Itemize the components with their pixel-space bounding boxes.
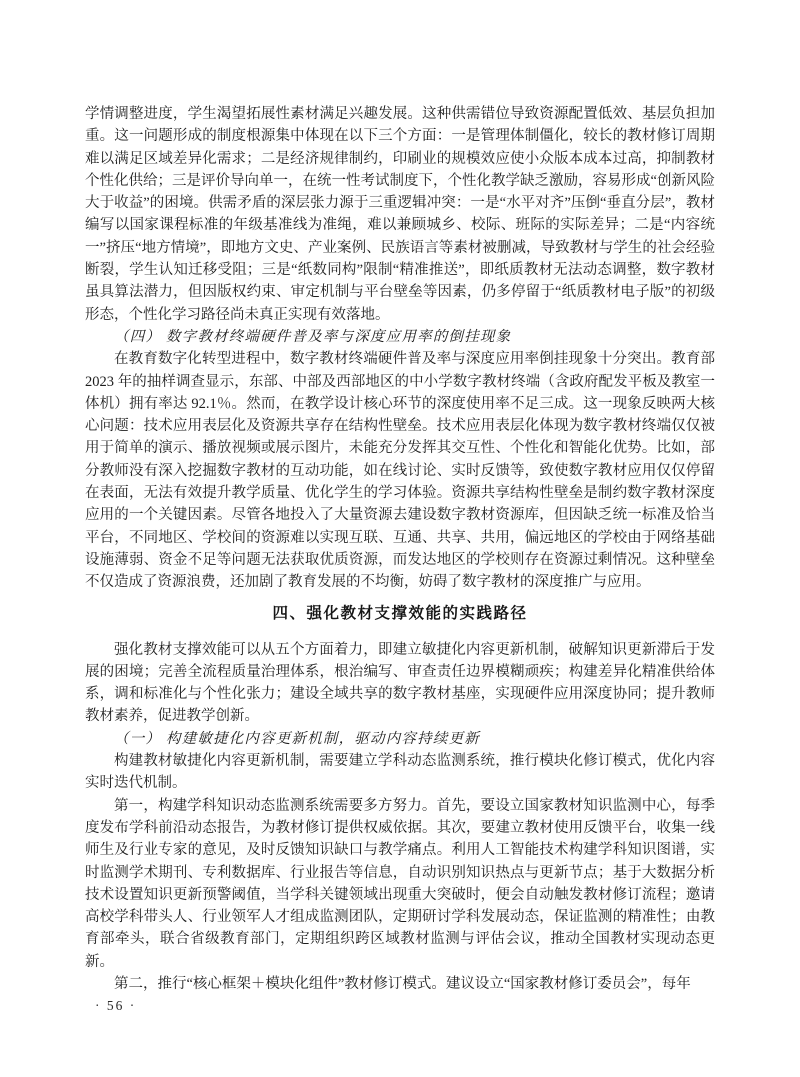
overview-paragraph: 强化教材支撑效能可以从五个方面着力，即建立敏捷化内容更新机制，破解知识更新滞后于… — [85, 639, 715, 728]
continuation-paragraph: 学情调整进度，学生渴望拓展性素材满足兴趣发展。这种供需错位导致资源配置低效、基层… — [85, 103, 715, 326]
mechanism-paragraph: 构建教材敏捷化内容更新机制，需要建立学科动态监测系统，推行模块化修订模式，优化内… — [85, 750, 715, 795]
document-page: 学情调整进度，学生渴望拓展性素材满足兴趣发展。这种供需错位导致资源配置低效、基层… — [0, 0, 800, 1077]
hardware-gap-paragraph: 在教育数字化转型进程中，数字教材终端硬件普及率与深度应用率倒挂现象十分突出。教育… — [85, 348, 715, 593]
second-measure-paragraph: 第二，推行“核心框架＋模块化组件”教材修订模式。建议设立“国家教材修订委员会”，… — [85, 973, 715, 995]
section-heading-4: 四、强化教材支撑效能的实践路径 — [85, 603, 715, 625]
page-number: · 56 · — [85, 995, 715, 1017]
subsection-heading-1: （一） 构建敏捷化内容更新机制，驱动内容持续更新 — [85, 728, 715, 750]
first-measure-paragraph: 第一，构建学科知识动态监测系统需要多方努力。首先，要设立国家教材知识监测中心，每… — [85, 795, 715, 973]
subsection-heading-4: （四） 数字教材终端硬件普及率与深度应用率的倒挂现象 — [85, 326, 715, 348]
